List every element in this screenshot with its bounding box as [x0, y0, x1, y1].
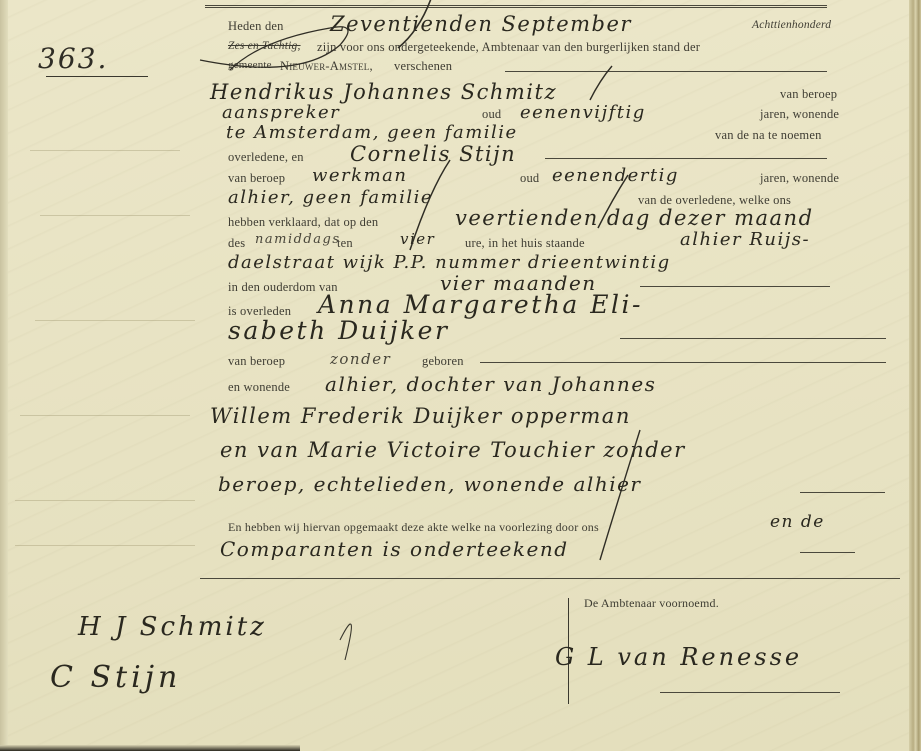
pen-flourish-strokes — [0, 0, 921, 751]
document-page: 363. Heden den Zeventienden September Ac… — [0, 0, 921, 751]
